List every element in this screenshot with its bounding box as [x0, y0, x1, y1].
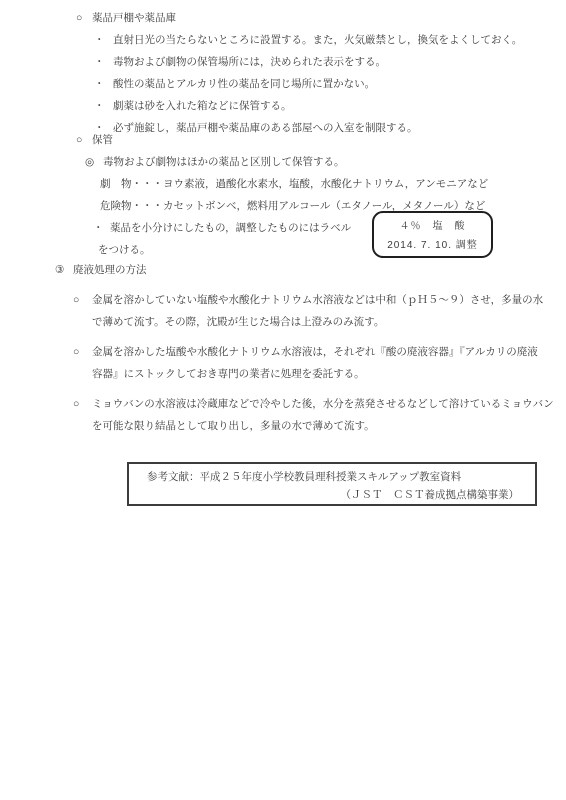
section-heading: ○ 保管	[76, 129, 556, 151]
highlighted-rule-text: 毒物および劇物はほかの薬品と区別して保管する。	[103, 151, 556, 173]
bullet-dot-icon: ・	[94, 95, 113, 117]
list-item-text: 直射日光の当たらないところに設置する。また，火気厳禁とし，換気をよくしておく。	[113, 29, 556, 51]
section-waste-disposal: ③ 廃液処理の方法 ○ 金属を溶かしていない塩酸や水酸化ナトリウム水溶液などは中…	[55, 259, 555, 437]
highlighted-rule: ◎ 毒物および劇物はほかの薬品と区別して保管する。	[85, 151, 556, 173]
double-circle-marker-icon: ◎	[85, 151, 103, 173]
reference-box: 参考文献：平成２５年度小学校教員理科授業スキルアップ教室資料 （ＪＳＴ ＣＳＴ養…	[127, 462, 537, 506]
reference-source: 参考文献：平成２５年度小学校教員理科授業スキルアップ教室資料	[147, 468, 535, 486]
section-title: 薬品戸棚や薬品庫	[92, 7, 556, 29]
detail-line: 劇 物・・・ヨウ素液，過酸化水素水，塩酸，水酸化ナトリウム，アンモニアなど	[100, 173, 556, 195]
circle-list-marker-icon: ○	[76, 7, 92, 29]
list-item: ○ ミョウバンの水溶液は冷蔵庫などで冷やした後，水分を蒸発させるなどして溶けてい…	[73, 393, 555, 437]
list-item: ・ 毒物および劇物の保管場所には，決められた表示をする。	[94, 51, 556, 73]
bullet-dot-icon: ・	[94, 29, 113, 51]
item-line: を可能な限り結晶として取り出し，多量の水で薄めて流す。	[92, 415, 555, 437]
section-heading: ○ 薬品戸棚や薬品庫	[76, 7, 556, 29]
list-item-text: 酸性の薬品とアルカリ性の薬品を同じ場所に置かない。	[113, 73, 556, 95]
bullet-dot-icon: ・	[94, 73, 113, 95]
circle-list-marker-icon: ○	[73, 341, 92, 363]
list-item: ○ 金属を溶かしていない塩酸や水酸化ナトリウム水溶液などは中和（ｐＨ５～９）させ…	[73, 289, 555, 333]
section-chemical-cabinet: ○ 薬品戸棚や薬品庫 ・ 直射日光の当たらないところに設置する。また，火気厳禁と…	[76, 7, 556, 139]
label-preparation-date: 2014. 7. 10. 調整	[374, 236, 491, 255]
list-item-text: ミョウバンの水溶液は冷蔵庫などで冷やした後，水分を蒸発させるなどして溶けているミ…	[92, 393, 555, 437]
list-item: 劇薬は砂を入れた箱などに保管する。 ・ 劇薬は砂を入れた箱などに保管する。	[94, 95, 556, 117]
disposal-item-list: ○ 金属を溶かしていない塩酸や水酸化ナトリウム水溶液などは中和（ｐＨ５～９）させ…	[73, 289, 555, 437]
list-item: ・ 直射日光の当たらないところに設置する。また，火気厳禁とし，換気をよくしておく…	[94, 29, 556, 51]
list-item-text: 金属を溶かしていない塩酸や水酸化ナトリウム水溶液などは中和（ｐＨ５～９）させ，多…	[92, 289, 555, 333]
section-heading: ③ 廃液処理の方法	[55, 259, 555, 281]
section-title: 保管	[92, 129, 556, 151]
bullet-list: ・ 直射日光の当たらないところに設置する。また，火気厳禁とし，換気をよくしておく…	[94, 29, 556, 139]
circled-number-3-icon: ③	[55, 259, 73, 281]
circle-list-marker-icon: ○	[73, 289, 92, 311]
list-item-text: 劇薬は砂を入れた箱などに保管する。	[113, 95, 556, 117]
list-item: ○ 金属を溶かした塩酸や水酸化ナトリウム水溶液は，それぞれ『酸の廃液容器』『アル…	[73, 341, 555, 385]
sample-chemical-label-box: ４％ 塩 酸 2014. 7. 10. 調整	[372, 211, 493, 258]
bullet-dot-icon: ・	[93, 217, 110, 239]
section-title: 廃液処理の方法	[73, 259, 555, 281]
item-line: 金属を溶かした塩酸や水酸化ナトリウム水溶液は，それぞれ『酸の廃液容器』『アルカリ…	[92, 341, 555, 363]
item-line: で薄めて流す。その際，沈殿が生じた場合は上澄みのみ流す。	[92, 311, 555, 333]
label-chemical-name: ４％ 塩 酸	[374, 217, 491, 236]
document-page: ○ 薬品戸棚や薬品庫 ・ 直射日光の当たらないところに設置する。また，火気厳禁と…	[0, 0, 566, 800]
item-line: 金属を溶かしていない塩酸や水酸化ナトリウム水溶液などは中和（ｐＨ５～９）させ，多…	[92, 289, 555, 311]
circle-list-marker-icon: ○	[76, 129, 92, 151]
list-item: ・ 酸性の薬品とアルカリ性の薬品を同じ場所に置かない。	[94, 73, 556, 95]
list-item-text: 毒物および劇物の保管場所には，決められた表示をする。	[113, 51, 556, 73]
item-line: ミョウバンの水溶液は冷蔵庫などで冷やした後，水分を蒸発させるなどして溶けているミ…	[92, 393, 555, 415]
list-item-text: 金属を溶かした塩酸や水酸化ナトリウム水溶液は，それぞれ『酸の廃液容器』『アルカリ…	[92, 341, 555, 385]
item-line: 容器』にストックしておき専門の業者に処理を委託する。	[92, 363, 555, 385]
bullet-dot-icon: ・	[94, 51, 113, 73]
reference-project: （ＪＳＴ ＣＳＴ養成拠点構築事業）	[129, 486, 519, 504]
circle-list-marker-icon: ○	[73, 393, 92, 415]
